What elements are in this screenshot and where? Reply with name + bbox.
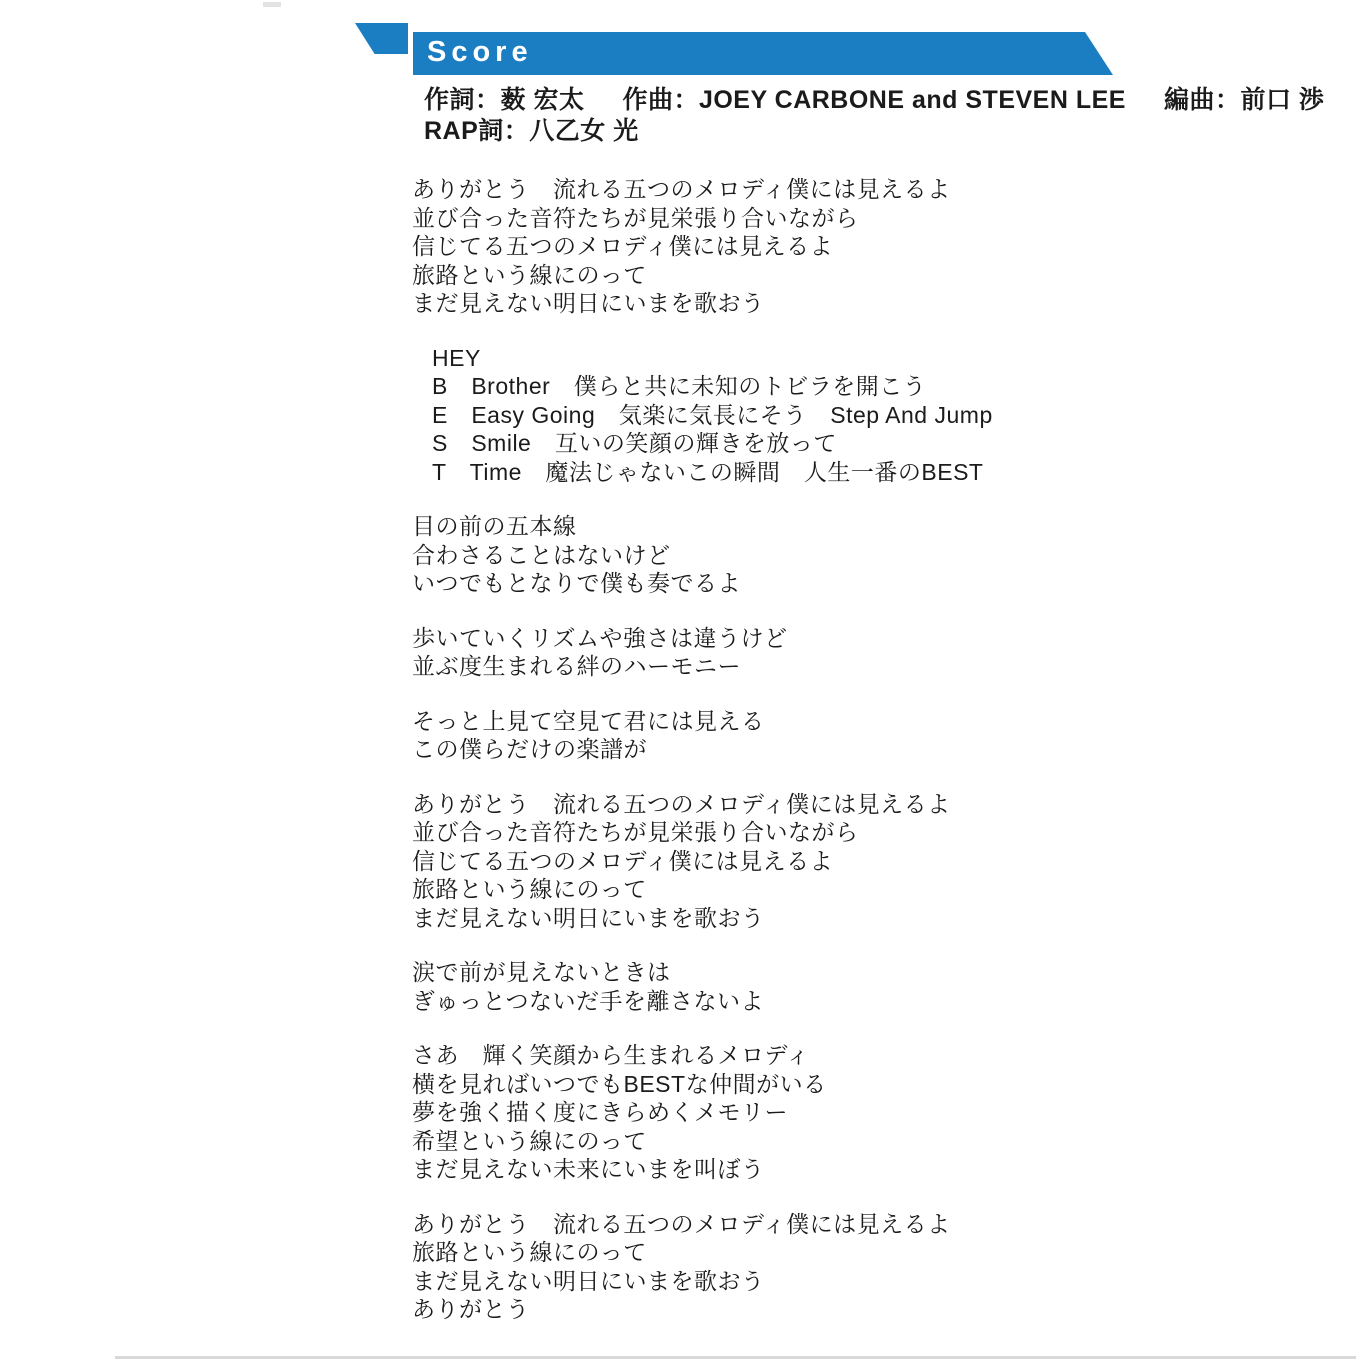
lyric-line: 並ぶ度生まれる絆のハーモニー: [412, 652, 1172, 681]
lyric-line: 歩いていくリズムや強さは違うけど: [412, 624, 1172, 653]
verse: 涙で前が見えないときはぎゅっとつないだ手を離さないよ: [412, 958, 1172, 1015]
credit-composer: 作曲：JOEY CARBONE and STEVEN LEE: [622, 85, 1126, 116]
lyric-line: まだ見えない明日にいまを歌おう: [412, 904, 1172, 933]
lyric-line: ありがとう 流れる五つのメロディ僕には見えるよ: [412, 790, 1172, 819]
lyric-line: 目の前の五本線: [412, 512, 1172, 541]
lyric-line: 横を見ればいつでもBESTな仲間がいる: [412, 1070, 1172, 1099]
page-edge-line: [115, 1356, 1356, 1359]
lyric-line: いつでもとなりで僕も奏でるよ: [412, 569, 1172, 598]
verse: ありがとう 流れる五つのメロディ僕には見えるよ並び合った音符たちが見栄張り合いな…: [412, 790, 1172, 933]
page-title: Score: [413, 36, 533, 71]
lyric-line: さあ 輝く笑顔から生まれるメロディ: [412, 1041, 1172, 1070]
lyric-line: ありがとう 流れる五つのメロディ僕には見えるよ: [412, 1210, 1172, 1239]
verse: 歩いていくリズムや強さは違うけど並ぶ度生まれる絆のハーモニー: [412, 624, 1172, 681]
verse: さあ 輝く笑顔から生まれるメロディ横を見ればいつでもBESTな仲間がいる夢を強く…: [412, 1041, 1172, 1184]
credit-rap-lyricist: RAP詞：八乙女 光: [424, 117, 639, 145]
banner-flag-icon: [355, 23, 408, 54]
lyric-line: 旅路という線にのって: [412, 1238, 1172, 1267]
lyric-line: ありがとう 流れる五つのメロディ僕には見えるよ: [412, 175, 1172, 204]
lyric-line: 夢を強く描く度にきらめくメモリー: [412, 1098, 1172, 1127]
credits-block: 作詞：薮 宏太 作曲：JOEY CARBONE and STEVEN LEE 編…: [424, 85, 1172, 147]
credits-line-2: RAP詞：八乙女 光: [424, 116, 1172, 147]
lyric-line: まだ見えない明日にいまを歌おう: [412, 289, 1172, 318]
lyric-line: ありがとう: [412, 1295, 1172, 1324]
credits-line-1: 作詞：薮 宏太 作曲：JOEY CARBONE and STEVEN LEE 編…: [424, 85, 1172, 116]
lyric-line: そっと上見て空見て君には見える: [412, 707, 1172, 736]
score-banner: Score: [413, 32, 1113, 75]
lyric-line: 旅路という線にのって: [412, 261, 1172, 290]
verse: 目の前の五本線合わさることはないけどいつでもとなりで僕も奏でるよ: [412, 512, 1172, 598]
lyric-line: 並び合った音符たちが見栄張り合いながら: [412, 818, 1172, 847]
lyric-line: 合わさることはないけど: [412, 541, 1172, 570]
verse: HEYB Brother 僕らと共に未知のトビラを開こうE Easy Going…: [412, 344, 1172, 487]
scan-speck: [263, 2, 281, 7]
lyric-line: T Time 魔法じゃないこの瞬間 人生一番のBEST: [432, 458, 1172, 487]
lyrics-body: ありがとう 流れる五つのメロディ僕には見えるよ並び合った音符たちが見栄張り合いな…: [412, 175, 1172, 1324]
credit-arranger: 編曲：前口 渉: [1164, 85, 1324, 116]
lyric-line: この僕らだけの楽譜が: [412, 735, 1172, 764]
lyric-sheet-page: Score 作詞：薮 宏太 作曲：JOEY CARBONE and STEVEN…: [0, 0, 1356, 1365]
verse: ありがとう 流れる五つのメロディ僕には見えるよ旅路という線にのってまだ見えない明…: [412, 1210, 1172, 1324]
credit-lyricist: 作詞：薮 宏太: [424, 85, 584, 116]
lyric-line: ぎゅっとつないだ手を離さないよ: [412, 987, 1172, 1016]
verse: そっと上見て空見て君には見えるこの僕らだけの楽譜が: [412, 707, 1172, 764]
lyric-line: HEY: [432, 344, 1172, 373]
content-column: 作詞：薮 宏太 作曲：JOEY CARBONE and STEVEN LEE 編…: [412, 85, 1172, 1350]
lyric-line: 希望という線にのって: [412, 1127, 1172, 1156]
lyric-line: 信じてる五つのメロディ僕には見えるよ: [412, 847, 1172, 876]
lyric-line: 信じてる五つのメロディ僕には見えるよ: [412, 232, 1172, 261]
lyric-line: 涙で前が見えないときは: [412, 958, 1172, 987]
lyric-line: S Smile 互いの笑顔の輝きを放って: [432, 429, 1172, 458]
lyric-line: まだ見えない明日にいまを歌おう: [412, 1267, 1172, 1296]
lyric-line: B Brother 僕らと共に未知のトビラを開こう: [432, 372, 1172, 401]
verse: ありがとう 流れる五つのメロディ僕には見えるよ並び合った音符たちが見栄張り合いな…: [412, 175, 1172, 318]
lyric-line: まだ見えない未来にいまを叫ぼう: [412, 1155, 1172, 1184]
lyric-line: 並び合った音符たちが見栄張り合いながら: [412, 204, 1172, 233]
lyric-line: 旅路という線にのって: [412, 875, 1172, 904]
lyric-line: E Easy Going 気楽に気長にそう Step And Jump: [432, 401, 1172, 430]
